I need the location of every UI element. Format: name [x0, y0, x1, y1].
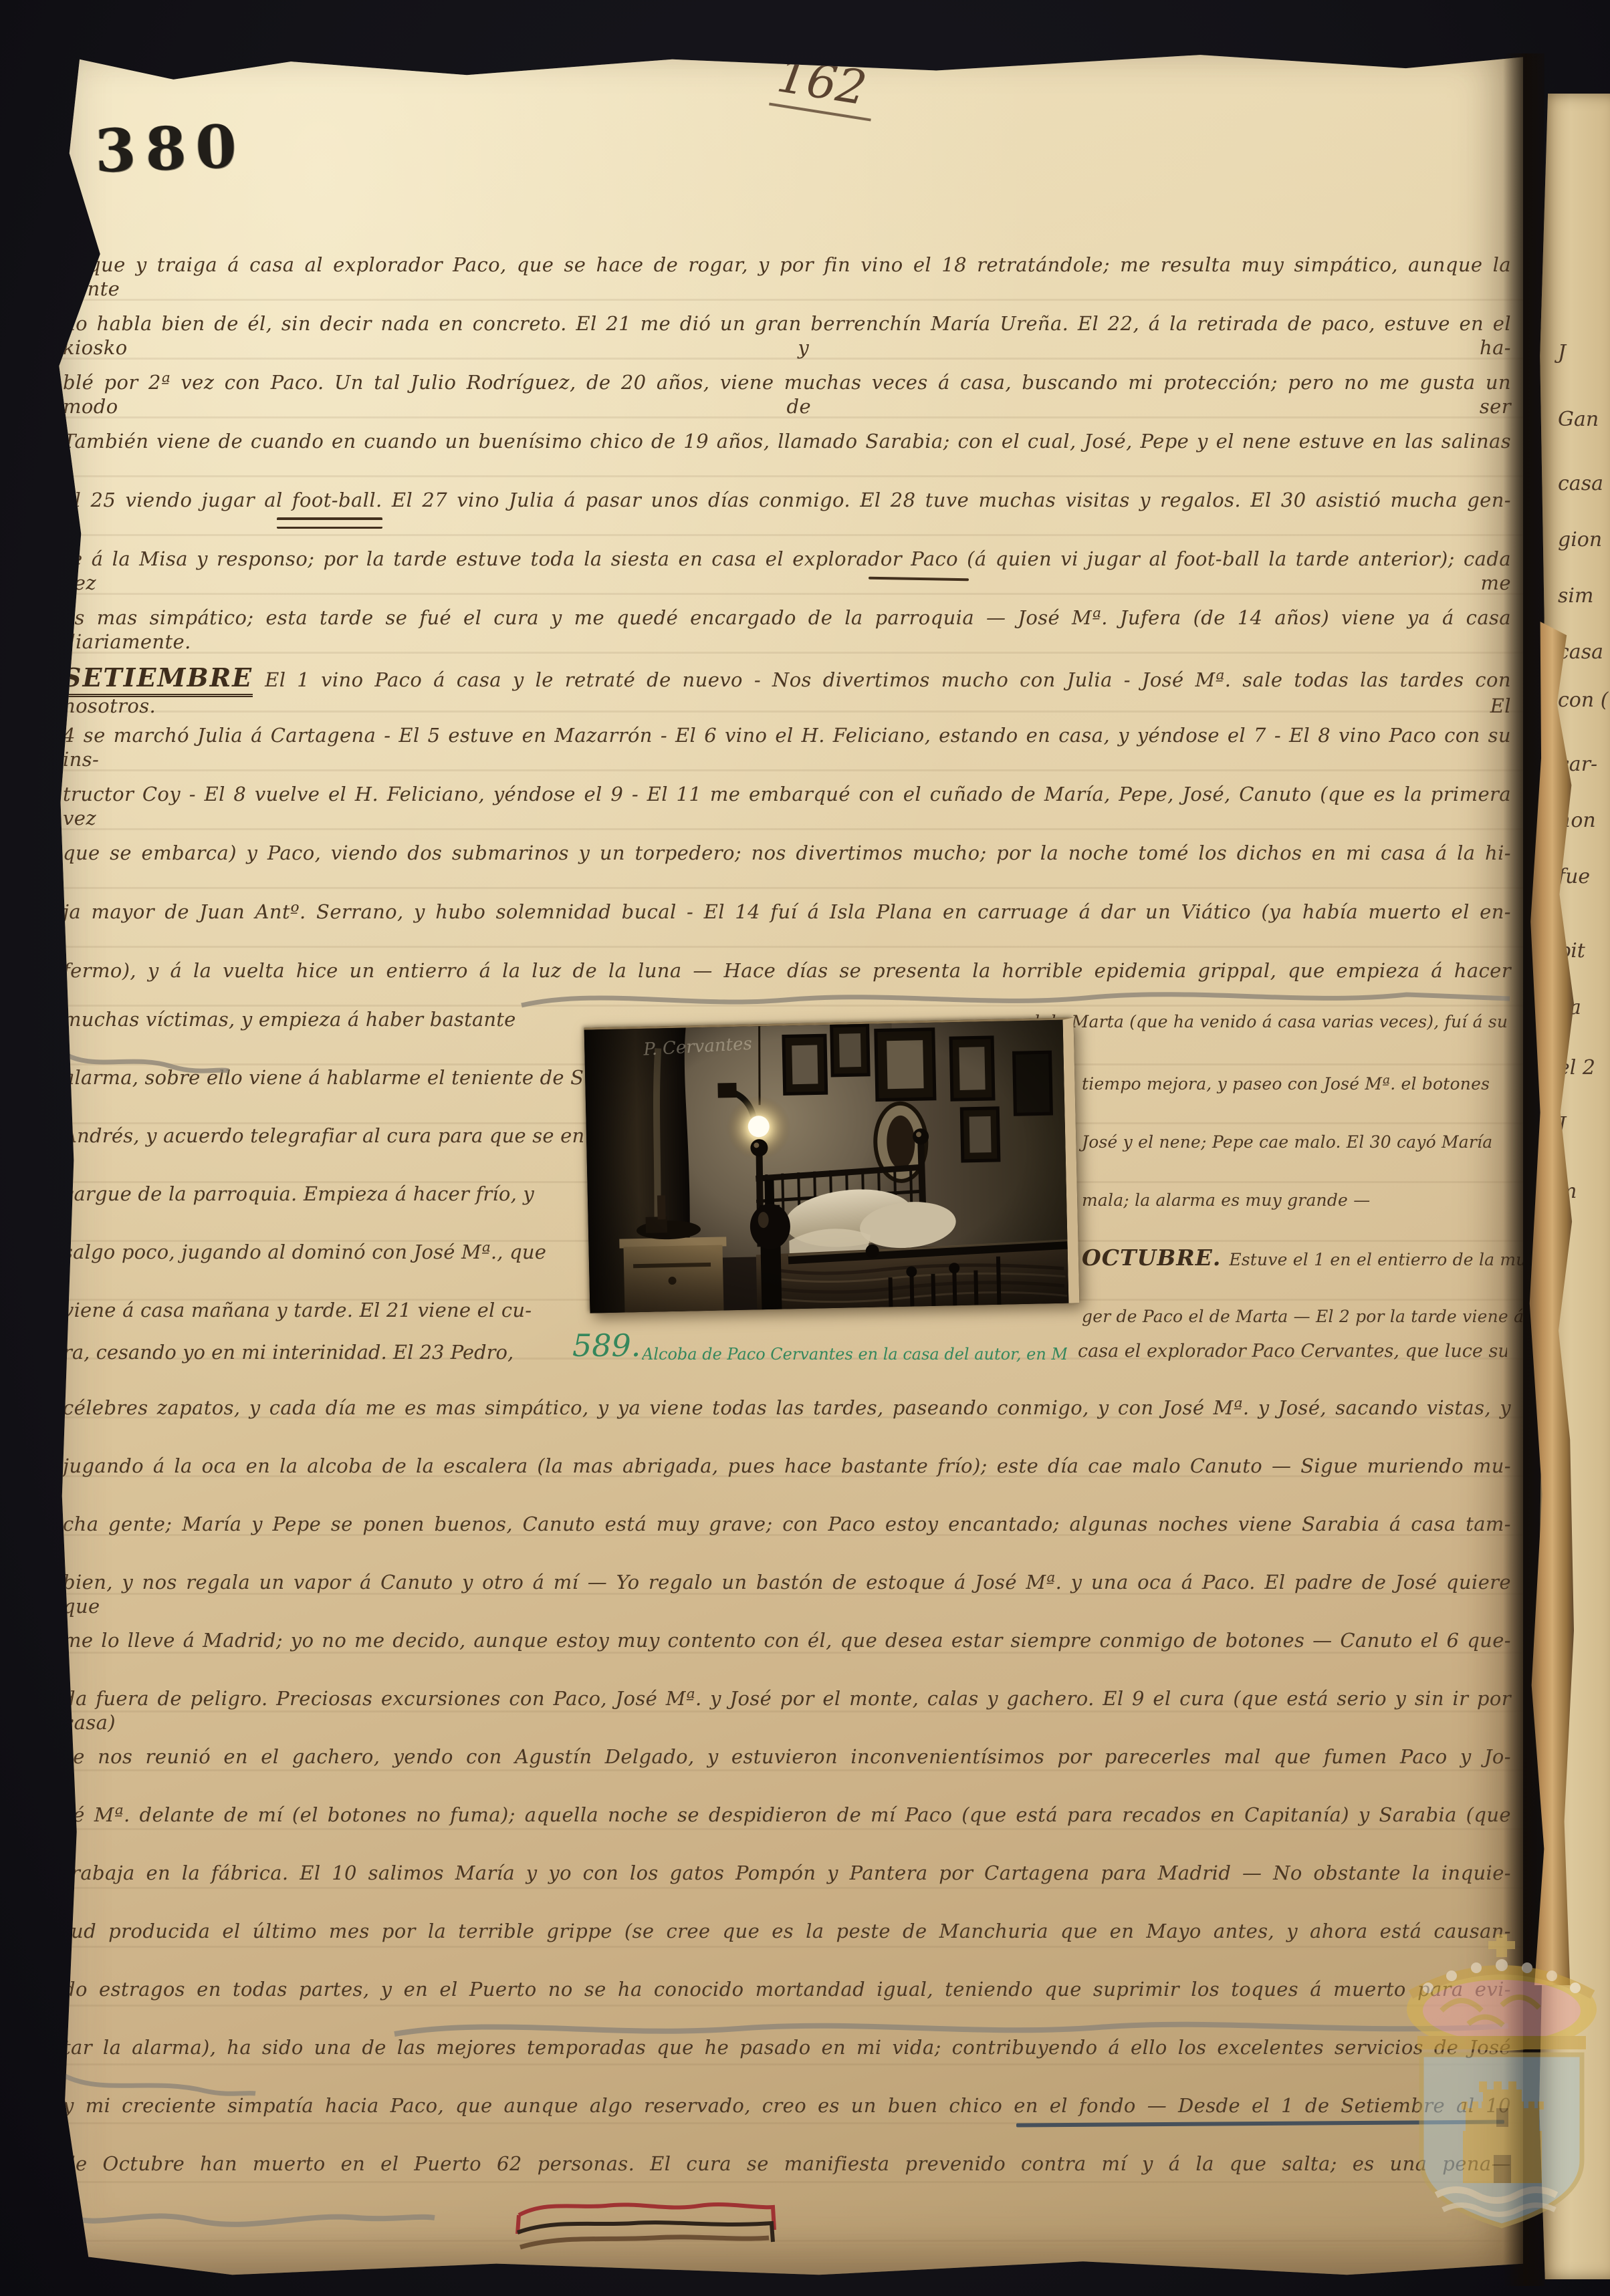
caption-row-left-text: ra, cesando yo en mi interinidad. El 23 … [63, 1341, 513, 1364]
text-line-left: Andrés, y acuerdo telegrafiar al cura pa… [63, 1124, 583, 1147]
text-line: do estragos en todas partes, y en el Pue… [63, 1977, 1511, 2001]
divider-flourish [505, 2192, 793, 2257]
text-line: de Octubre han muerto en el Puerto 62 pe… [63, 2152, 1511, 2176]
september-line: SETIEMBREEl 1 vino Paco á casa y le retr… [63, 662, 1511, 718]
october-line: OCTUBRE.Estuve el 1 en el entierro de la… [1024, 1245, 1565, 1271]
margin-fragment: J [1558, 341, 1566, 364]
text-line: bien, y nos regala un vapor á Canuto y o… [63, 1570, 1511, 1619]
watermark-crest [1401, 1930, 1603, 2259]
text-line: es mas simpático; esta tarde se fué el c… [63, 606, 1511, 654]
text-line-right: mala; la alarma es muy grande — [1024, 1190, 1565, 1210]
text-line-right: tiempo mejora, y paseo con José Mª. el b… [1024, 1074, 1565, 1094]
text-line-right: José y el nene; Pepe cae malo. El 30 cay… [1024, 1132, 1565, 1152]
football-underline [277, 517, 382, 529]
text-line: no habla bien de él, sin decir nada en c… [63, 311, 1511, 360]
october-header: OCTUBRE. [1082, 1245, 1221, 1271]
text-line-left: salgo poco, jugando al dominó con José M… [63, 1241, 583, 1263]
pencil-squiggle-bottom [63, 2198, 437, 2235]
margin-fragment: con ( [1558, 688, 1608, 712]
text-line: ja mayor de Juan Antº. Serrano, y hubo s… [63, 900, 1511, 924]
manuscript-page: 380 162 buque y traiga á casa al explora… [56, 41, 1523, 2279]
scanned-diary-page: 380 162 buque y traiga á casa al explora… [0, 0, 1610, 2296]
text-line: tar la alarma), ha sido una de las mejor… [63, 2035, 1511, 2059]
handwritten-page-number: 162 [769, 47, 879, 122]
pencil-underline-epidemic [517, 977, 1514, 1017]
text-line: sé Mª. delante de mí (el botones no fuma… [63, 1803, 1511, 1827]
text-line: También viene de cuando en cuando un bue… [63, 429, 1511, 453]
margin-fragment: casa [1558, 472, 1603, 495]
text-line: célebres zapatos, y cada día me es mas s… [63, 1396, 1511, 1420]
text-line: buque y traiga á casa al explorador Paco… [63, 253, 1511, 301]
text-line: fermo), y á la vuelta hice un entierro á… [63, 959, 1511, 983]
photo-caption-number: 589. [572, 1327, 641, 1364]
bedroom-photo-illustration [584, 1020, 1069, 1313]
text-line-left: viene á casa mañana y tarde. El 21 viene… [63, 1299, 583, 1321]
text-line-left: muchas víctimas, y empieza á haber basta… [63, 1008, 583, 1031]
text-line-right: el de Marta (que ha venido á casa varias… [1024, 1012, 1507, 1031]
text-line: y mi creciente simpatía hacia Paco, que … [63, 2093, 1511, 2118]
text-line: 4 se marchó Julia á Cartagena - El 5 est… [63, 723, 1511, 772]
margin-fragment: Gan [1558, 408, 1599, 431]
text-line: jugando á la oca en la alcoba de la esca… [63, 1454, 1511, 1478]
text-line: se nos reunió en el gachero, yendo con A… [63, 1745, 1511, 1769]
margin-fragment: gion [1558, 528, 1602, 551]
text-line: da fuera de peligro. Preciosas excursion… [63, 1686, 1511, 1735]
photo-caption: Alcoba de Paco Cervantes en la casa del … [642, 1345, 1067, 1364]
september-header: SETIEMBRE [63, 662, 253, 697]
text-line-left: alarma, sobre ello viene á hablarme el t… [63, 1066, 583, 1089]
text-line: te á la Misa y responso; por la tarde es… [63, 547, 1511, 596]
text-line: blé por 2ª vez con Paco. Un tal Julio Ro… [63, 370, 1511, 419]
text-line: trabaja en la fábrica. El 10 salimos Mar… [63, 1861, 1511, 1885]
text-line: el 25 viendo jugar al foot-ball. El 27 v… [63, 488, 1511, 512]
text-line-left: cargue de la parroquia. Empieza á hacer … [63, 1182, 583, 1205]
october-line-text: Estuve el 1 en el entierro de la mu- [1229, 1250, 1532, 1269]
text-line: me lo lleve á Madrid; yo no me decido, a… [63, 1628, 1511, 1652]
text-line: que se embarca) y Paco, viendo dos subma… [63, 841, 1511, 865]
september-line-text: El 1 vino Paco á casa y le retraté de nu… [63, 668, 1511, 717]
margin-fragment: fue [1558, 865, 1590, 888]
folio-stamp-number: 380 [94, 111, 247, 186]
bedroom-photograph: P. Cervantes [584, 1017, 1080, 1313]
margin-fragment: sim [1558, 584, 1593, 608]
text-line: tructor Coy - El 8 vuelve el H. Felician… [63, 782, 1511, 831]
text-line: cha gente; María y Pepe se ponen buenos,… [63, 1512, 1511, 1536]
text-line: tud producida el último mes por la terri… [63, 1919, 1511, 1943]
text-line-right: ger de Paco el de Marta — El 2 por la ta… [1024, 1307, 1565, 1326]
caption-row-right-text: casa el explorador Paco Cervantes, que l… [1078, 1341, 1507, 1362]
